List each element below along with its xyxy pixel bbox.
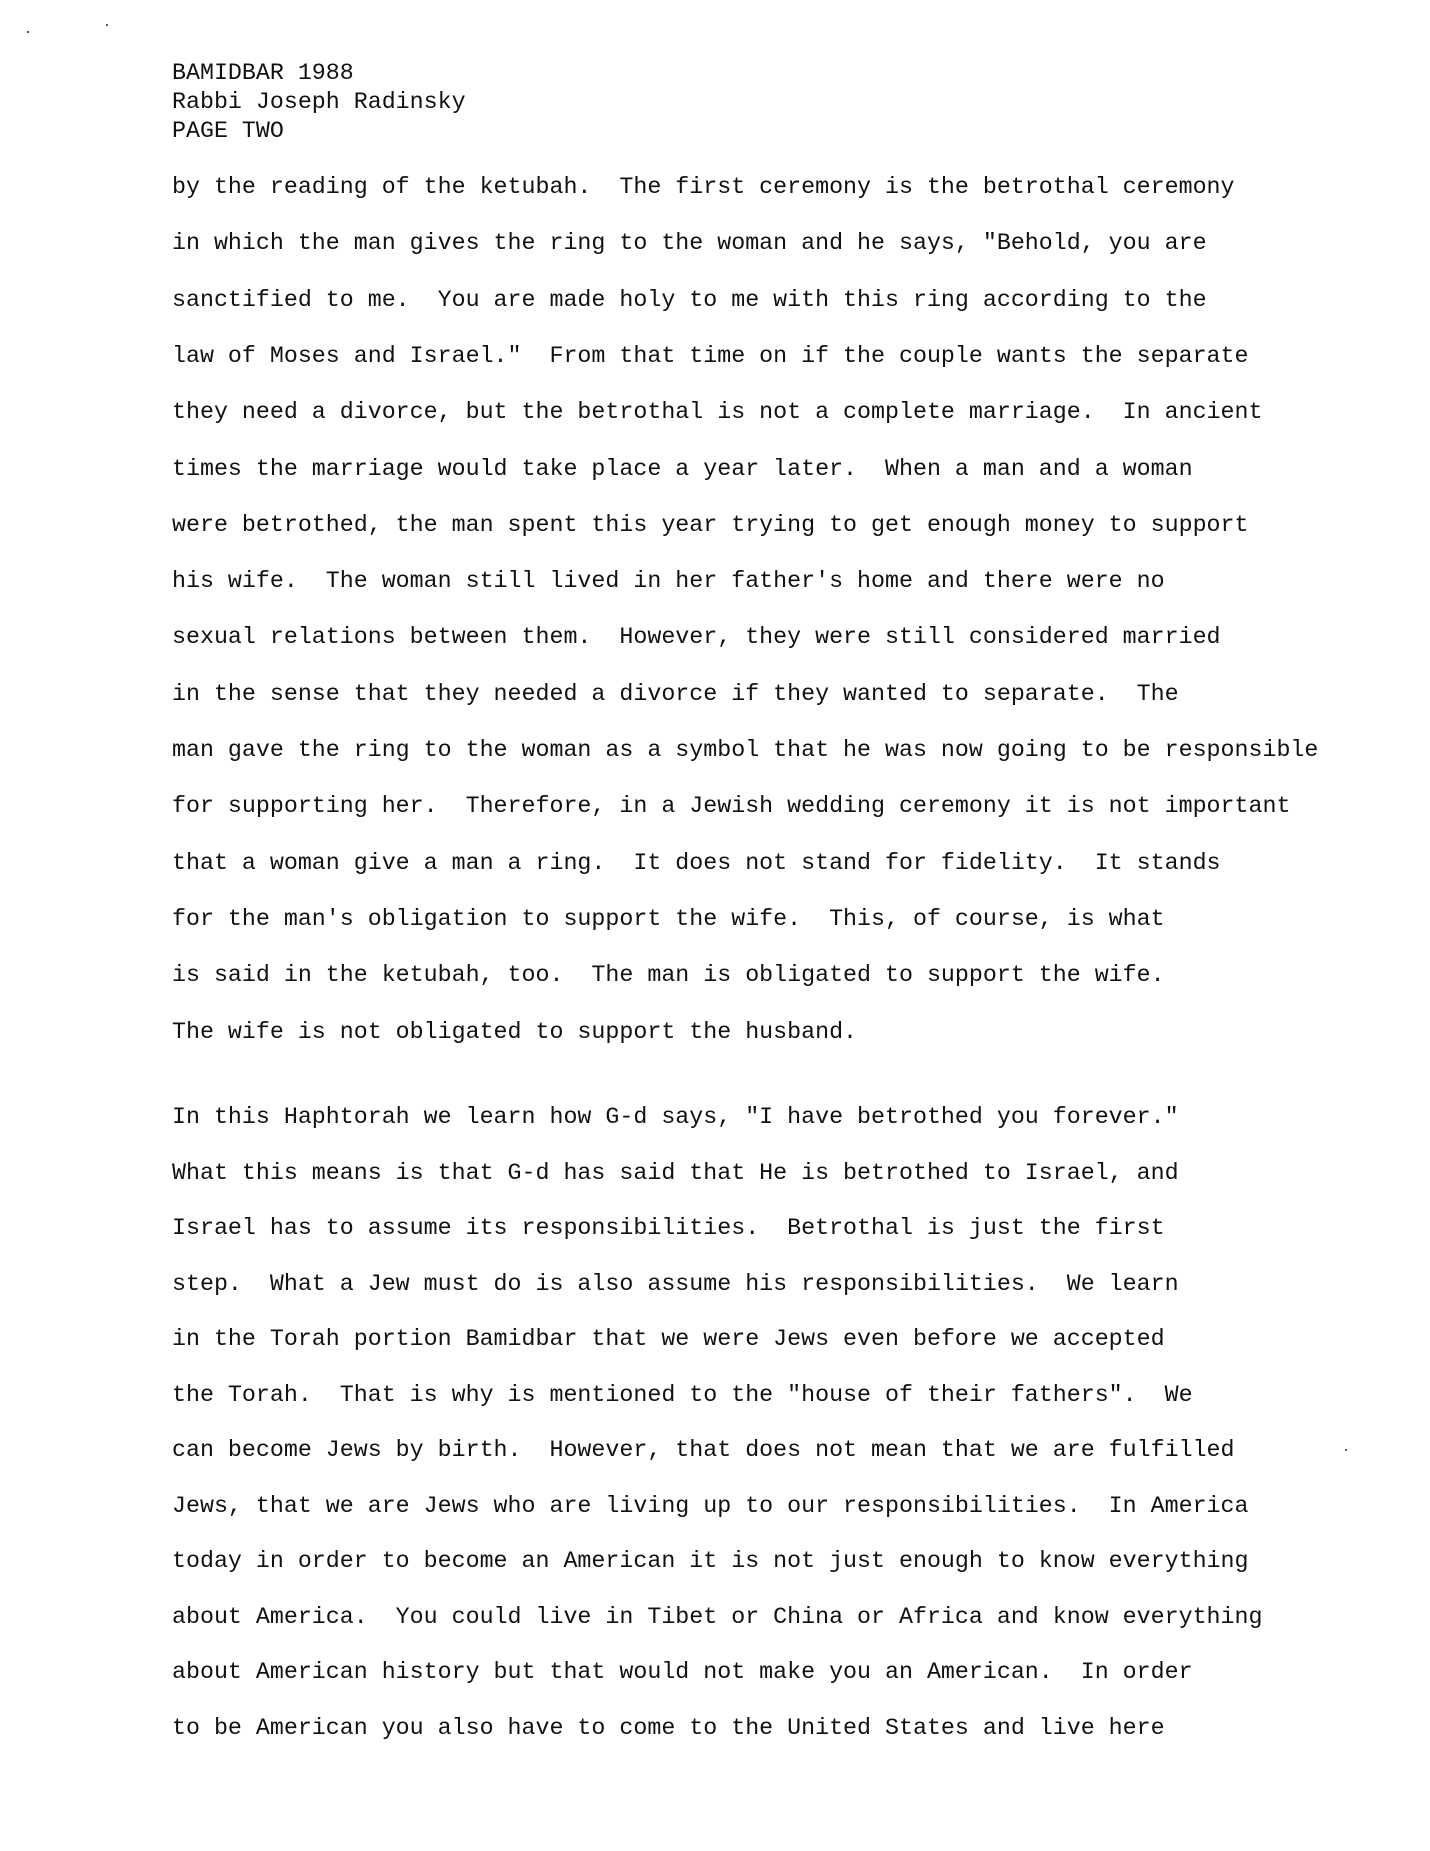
- text-line: Jews, that we are Jews who are living up…: [172, 1495, 1249, 1518]
- text-line: the Torah. That is why is mentioned to t…: [172, 1384, 1193, 1407]
- text-line: his wife. The woman still lived in her f…: [172, 570, 1165, 593]
- document-page: BAMIDBAR 1988 Rabbi Joseph Radinsky PAGE…: [0, 0, 1430, 1851]
- text-line: What this means is that G-d has said tha…: [172, 1162, 1179, 1185]
- text-line: law of Moses and Israel." From that time…: [172, 345, 1249, 368]
- text-line: in the Torah portion Bamidbar that we we…: [172, 1328, 1165, 1351]
- text-line: were betrothed, the man spent this year …: [172, 514, 1249, 537]
- text-line: can become Jews by birth. However, that …: [172, 1439, 1235, 1462]
- text-line: Israel has to assume its responsibilitie…: [172, 1217, 1165, 1240]
- text-line: to be American you also have to come to …: [172, 1717, 1165, 1740]
- text-line: man gave the ring to the woman as a symb…: [172, 739, 1318, 762]
- scan-speck: [106, 24, 108, 26]
- text-line: they need a divorce, but the betrothal i…: [172, 401, 1262, 424]
- scan-speck: [1345, 1449, 1347, 1451]
- text-line: about American history but that would no…: [172, 1661, 1193, 1684]
- text-line: is said in the ketubah, too. The man is …: [172, 964, 1165, 987]
- text-line: that a woman give a man a ring. It does …: [172, 852, 1221, 875]
- text-line: for supporting her. Therefore, in a Jewi…: [172, 795, 1290, 818]
- text-line: sexual relations between them. However, …: [172, 626, 1221, 649]
- text-line: in which the man gives the ring to the w…: [172, 232, 1207, 255]
- text-line: times the marriage would take place a ye…: [172, 458, 1193, 481]
- text-line: by the reading of the ketubah. The first…: [172, 176, 1235, 199]
- document-title: BAMIDBAR 1988: [172, 62, 354, 85]
- text-line: The wife is not obligated to support the…: [172, 1021, 857, 1044]
- text-line: about America. You could live in Tibet o…: [172, 1606, 1262, 1629]
- document-author: Rabbi Joseph Radinsky: [172, 91, 466, 114]
- scan-speck: [27, 31, 29, 33]
- text-line: in the sense that they needed a divorce …: [172, 683, 1179, 706]
- text-line: sanctified to me. You are made holy to m…: [172, 289, 1207, 312]
- text-line: step. What a Jew must do is also assume …: [172, 1273, 1179, 1296]
- page-label: PAGE TWO: [172, 120, 284, 143]
- text-line: In this Haphtorah we learn how G-d says,…: [172, 1106, 1179, 1129]
- text-line: for the man's obligation to support the …: [172, 908, 1165, 931]
- text-line: today in order to become an American it …: [172, 1550, 1249, 1573]
